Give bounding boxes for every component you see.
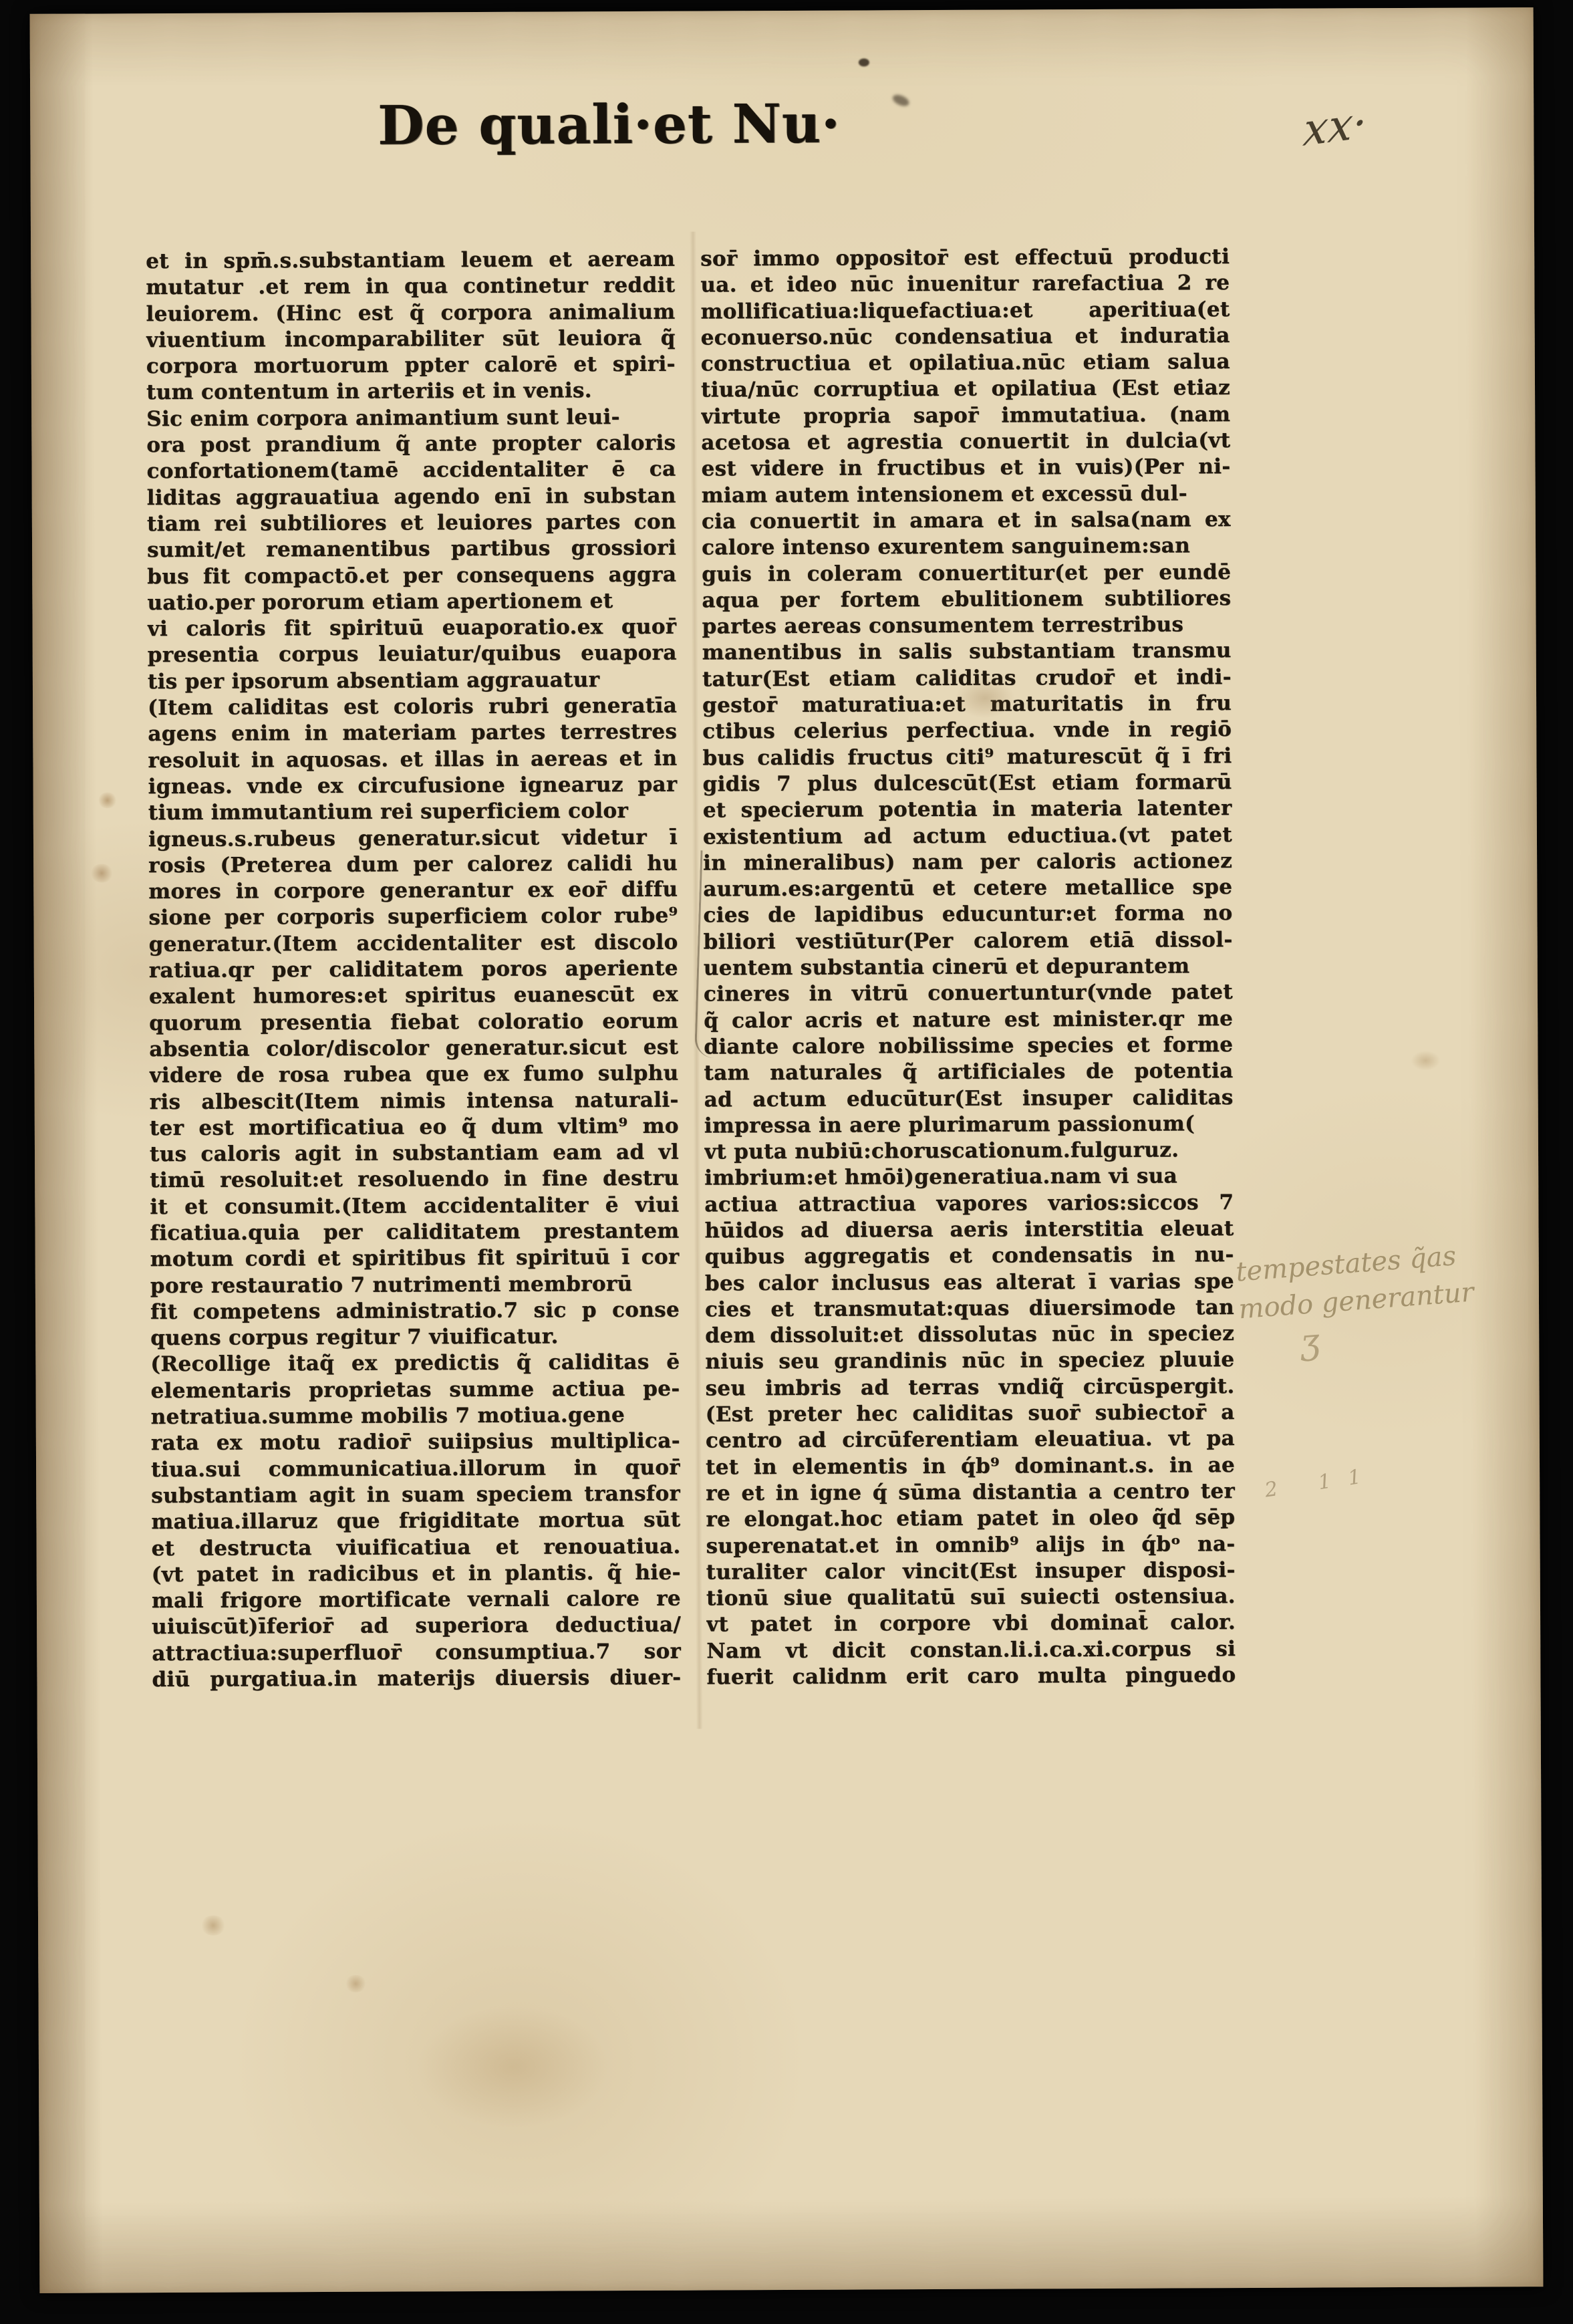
text-line: tiua/nūc corruptiua et opilatiua (Est et… (701, 376, 1230, 404)
text-line: liditas aggrauatiua agendo enī in substa… (147, 483, 676, 511)
text-line: centro ad circūferentiam eleuatiua. vt p… (706, 1426, 1235, 1454)
text-line: cineres in vitrū conuertuntur(vnde patet (704, 979, 1233, 1008)
text-line: diū purgatiua.in materijs diuersis diuer… (152, 1665, 681, 1694)
text-line: re et in igne q́ sūma distantia a centro… (706, 1478, 1235, 1507)
text-line: uiuiscūt)īferior̄ ad superiora deductiua… (152, 1612, 681, 1641)
text-line: calore intenso exurentem sanguinem:san (702, 533, 1231, 561)
text-line: mutatur .et rem in qua continetur reddit (146, 273, 675, 301)
text-column-right: sor̄ immo oppositor̄ est effectuū produc… (700, 244, 1236, 1703)
text-line: timū resoluit:et resoluendo in fine dest… (150, 1166, 679, 1194)
text-line: gidis 7 plus dulcescūt(Est etiam formarū (703, 769, 1232, 798)
text-line: bes calor inclusus eas alterat ī varias … (705, 1269, 1234, 1297)
scan-background: De quali·et Nu· xx· et in spm̄.s.substan… (0, 0, 1573, 2324)
text-line: ratiua.qr per caliditatem poros aperient… (149, 956, 678, 985)
text-line: et specierum potentia in materia latente… (703, 795, 1232, 824)
text-line: agens enim in materiam partes terrestres (148, 719, 677, 748)
fox-spot (344, 1975, 367, 1992)
text-line: vi caloris fit spirituū euaporatio.ex qu… (148, 614, 677, 643)
text-line: presentia corpus leuiatur/quibus euapora (148, 640, 677, 669)
text-line: tis per ipsorum absentiam aggrauatur (148, 666, 677, 695)
text-line: quibus aggregatis et condensatis in nu- (705, 1242, 1234, 1271)
text-line: confortationem(tamē accidentaliter ē ca (146, 457, 676, 485)
text-line: superenatat.et in omnib⁹ alijs in q́bᵒ n… (706, 1531, 1235, 1560)
text-line: manentibus in salis substantiam transmu (702, 638, 1232, 667)
text-line: (vt patet in radicibus et in plantis. q̃… (152, 1560, 681, 1589)
text-line: substantiam agit in suam speciem transfo… (151, 1481, 680, 1510)
text-line: guis in coleram conuertitur(et per eundē (702, 559, 1231, 588)
fox-spot (200, 1916, 227, 1936)
text-line: niuis seu grandinis nūc in speciez pluui… (705, 1347, 1234, 1376)
text-line: tiam rei subtiliores et leuiores partes … (147, 509, 676, 538)
text-line: netratiua.summe mobilis 7 motiua.gene (151, 1402, 680, 1431)
text-line: uatio.per pororum etiam apertionem et (147, 588, 676, 617)
text-line: dem dissoluit:et dissolutas nūc in speci… (705, 1321, 1234, 1349)
fox-spot (1411, 1051, 1440, 1071)
text-line: ris albescit(Item nimis intensa naturali… (150, 1087, 679, 1116)
text-line: q̃ calor acris et nature est minister.qr… (704, 1006, 1233, 1035)
text-line: tium immutantium rei superficiem color (148, 798, 678, 827)
text-line: et in spm̄.s.substantiam leuem et aeream (146, 247, 675, 275)
text-line: imbrium:et hmōi)generatiua.nam vi sua (704, 1163, 1234, 1192)
text-line: sumit/et remanentibus partibus grossiori (147, 535, 676, 564)
text-line: ficatiua.quia per caliditatem prestantem (150, 1218, 679, 1247)
text-line: mollificatiua:liquefactiua:et aperitiua(… (700, 297, 1230, 326)
text-line: aqua per fortem ebulitionem subtiliores (702, 586, 1231, 614)
text-line: partes aereas consumentem terrestribus (702, 612, 1231, 640)
text-line: tam naturales q̃ artificiales de potenti… (704, 1058, 1233, 1087)
text-line: quens corpus regitur 7 viuificatur. (150, 1323, 680, 1352)
text-line: bus fit compactō.et per consequens aggra (147, 561, 676, 590)
text-line: vt puta nubiū:choruscationum.fulguruz. (704, 1137, 1234, 1166)
text-line: generatur.(Item accidentaliter est disco… (149, 929, 678, 958)
damp-stain (955, 678, 1015, 719)
text-line: existentium ad actum eductiua.(vt patet (703, 822, 1232, 851)
text-line: (Est preter hec caliditas suor̄ subiecto… (706, 1400, 1235, 1428)
text-line: videre de rosa rubea que ex fumo sulphu (149, 1061, 678, 1089)
text-line: ter est mortificatiua eo q̃ dum vltim⁹ m… (150, 1113, 679, 1142)
text-line: cia conuertit in amara et in salsa(nam e… (702, 507, 1231, 535)
text-line: motum cordi et spiritibus fit spirituū ī… (150, 1245, 680, 1273)
text-column-left: et in spm̄.s.substantiam leuem et aeream… (146, 247, 682, 1706)
ink-fleck (859, 58, 869, 66)
fox-spot (98, 792, 118, 808)
text-line: vt patet in corpore vbi dominat̄ calor. (706, 1610, 1236, 1639)
text-line: igneas. vnde ex circufusione ignearuz pa… (148, 772, 678, 801)
text-line: absentia color/discolor generatur.sicut … (149, 1035, 678, 1063)
text-line: viuentium incomparabiliter sūt leuiora q… (146, 326, 676, 354)
text-line: cies et transmutat:quas diuersimode tan (705, 1295, 1234, 1323)
text-line: tet in elementis in q́b⁹ dominant.s. in … (706, 1452, 1235, 1481)
running-title: De quali·et Nu· (378, 92, 925, 157)
text-line: Sic enim corpora animantium sunt leui- (146, 404, 676, 432)
text-line: aurum.es:argentū et cetere metallice spe (703, 874, 1232, 903)
text-line: diante calore nobilissime species et for… (704, 1032, 1233, 1061)
text-line: (Item caliditas est coloris rubri genera… (148, 693, 677, 722)
text-line: actiua attractiua vapores varios:siccos … (704, 1190, 1234, 1218)
text-line: exalent humores:et spiritus euanescūt ex (149, 982, 678, 1011)
text-line: ua. et ideo nūc inuenitur rarefactiua 2 … (700, 270, 1230, 299)
text-line: it et consumit.(Item accidentaliter ē vi… (150, 1192, 679, 1220)
marginalia-note: tempestates q̃as modo generantur ʒ (1234, 1229, 1573, 1366)
text-line: sione per corporis superficiem color rub… (148, 903, 678, 932)
text-line: quorum presentia fiebat coloratio eorum (149, 1008, 678, 1037)
text-line: corpora mortuorum ppter calorē et spiri- (146, 352, 676, 380)
text-line: rosis (Preterea dum per calorez calidi h… (148, 851, 678, 880)
text-line: virtute propria sapor̄ immutatiua. (nam (701, 402, 1230, 430)
text-line: turaliter calor vincit(Est insuper dispo… (706, 1557, 1236, 1586)
fox-spot (90, 864, 114, 882)
text-line: ad actum educūtur(Est insuper caliditas (704, 1085, 1234, 1114)
text-line: seu imbris ad terras vndiq̃ circūspergit… (705, 1374, 1234, 1402)
text-line: et destructa viuificatiua et renouatiua. (152, 1533, 681, 1562)
text-line: est videre in fructibus et in vuis)(Per … (701, 454, 1230, 483)
text-line: Nam vt dicit constan.li.i.ca.xi.corpus s… (706, 1636, 1236, 1665)
text-line: tionū siue qualitatū suī suiecti ostensi… (706, 1583, 1236, 1612)
text-line: tiua.sui communicatiua.illorum in quor̄ (151, 1454, 680, 1483)
text-line: tus caloris agit in substantiam eam ad v… (150, 1140, 679, 1168)
text-line: cies de lapidibus educuntur:et forma no (703, 901, 1232, 930)
text-line: impressa in aere plurimarum passionum( (704, 1111, 1234, 1140)
text-line: rata ex motu radior̄ suiipsius multiplic… (151, 1428, 680, 1457)
text-line: re elongat.hoc etiam patet in oleo q̃d s… (706, 1505, 1235, 1533)
text-line: constructiua et opilatiua.nūc etiam salu… (701, 349, 1230, 378)
text-line: biliori vestiūtur(Per calorem etiā disso… (704, 927, 1233, 956)
text-line: ora post prandium q̃ ante propter calori… (146, 430, 676, 459)
text-line: mores in corpore generantur ex eor̄ diff… (148, 877, 678, 906)
pen-trial-marks: 2 11 (1264, 1462, 1380, 1502)
text-line: attractiua:superfluor̄ consumptiua.7 sor (152, 1638, 681, 1667)
text-line: resoluit in aquosas. et illas in aereas … (148, 745, 677, 774)
folio-number: xx· (1301, 96, 1369, 156)
text-line: ctibus celerius perfectiua. vnde in regi… (702, 717, 1232, 745)
text-line: igneus.s.rubeus generatur.sicut videtur … (148, 824, 678, 853)
text-line: hūidos ad diuersa aeris interstitia eleu… (704, 1216, 1234, 1245)
text-line: (Recollige itaq̃ ex predictis q̃ calidit… (150, 1349, 680, 1378)
text-line: fuerit calidnm erit caro multa pinguedo (706, 1662, 1236, 1691)
text-line: elementaris proprietas summe actiua pe- (150, 1376, 680, 1404)
text-line: leuiorem. (Hinc est q̃ corpora animalium (146, 299, 675, 328)
text-line: fit competens administratio.7 sic p cons… (150, 1297, 680, 1326)
text-line: pore restauratio 7 nutrimenti membrorū (150, 1271, 680, 1299)
book-page: De quali·et Nu· xx· et in spm̄.s.substan… (30, 7, 1544, 2293)
text-line: acetosa et agrestia conuertit in dulcia(… (701, 428, 1230, 457)
text-line: sor̄ immo oppositor̄ est effectuū produc… (700, 244, 1230, 273)
text-line: in mineralibus) nam per caloris actionez (703, 848, 1232, 877)
text-line: uentem substantia cinerū et depurantem (704, 953, 1233, 982)
text-line: bus calidis fructus citi⁹ maturescūt q̃ … (702, 743, 1232, 772)
text-line: miam autem intensionem et excessū dul- (702, 481, 1231, 509)
damp-stain (413, 2003, 614, 2131)
text-line: tum contentum in arteriis et in venis. (146, 378, 676, 406)
text-line: matiua.illaruz que frigiditate mortua sū… (151, 1507, 680, 1536)
text-line: mali frigore mortificate vernali calore … (152, 1586, 681, 1615)
text-line: econuerso.nūc condensatiua et induratia (701, 323, 1230, 352)
